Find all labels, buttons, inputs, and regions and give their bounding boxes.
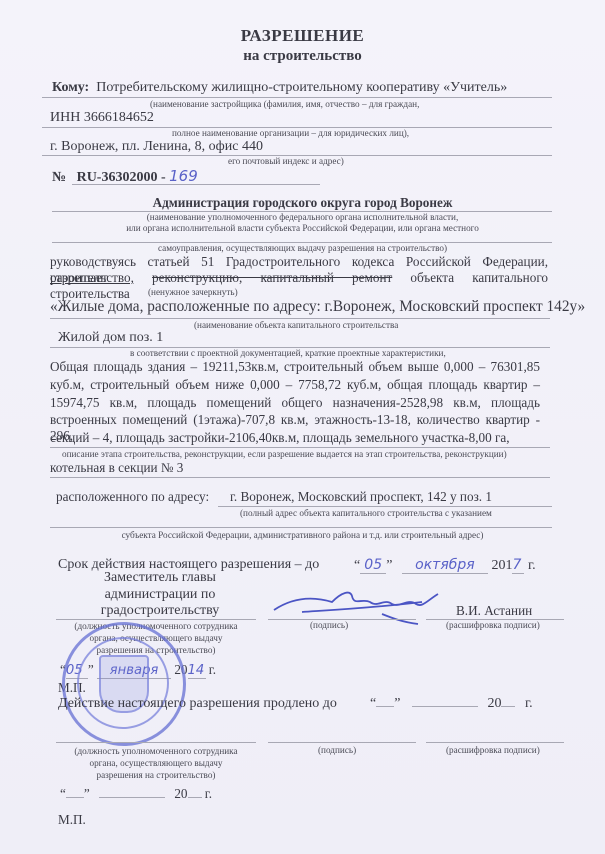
permit-number-label: №	[52, 170, 66, 185]
extension-sign-date: “” 20 г.	[60, 786, 212, 802]
recipient-inn-caption: полное наименование организации – для юр…	[172, 128, 409, 138]
extension-year-end: г.	[525, 696, 533, 711]
spec-line-1: Общая площадь здания – 19211,53кв.м, стр…	[50, 359, 540, 375]
location-label: расположенного по адресу:	[56, 489, 209, 505]
building-name: Жилой дом поз. 1	[58, 330, 163, 346]
authority-name: Администрация городского округа город Во…	[0, 195, 605, 211]
divider	[426, 742, 564, 743]
building-caption: в соответствии с проектной документацией…	[130, 348, 446, 358]
extension-date-end: г.	[205, 786, 212, 801]
quote: “	[60, 786, 66, 801]
validity-date: “05” октября 2017 г.	[354, 557, 536, 574]
spec-line-3: 15974,75 кв.м, площадь помещений общего …	[50, 395, 540, 411]
quote: “	[370, 696, 376, 711]
signatory-date-end: г.	[209, 662, 216, 677]
spec-line-2: куб.м, строительный объем ниже 0,000 – 7…	[50, 377, 540, 393]
document-title: РАЗРЕШЕНИЕ	[0, 26, 605, 46]
extension-label: Действие настоящего разрешения продлено …	[58, 696, 337, 712]
divider	[56, 742, 256, 743]
signatory-position-line: администрации по	[100, 587, 220, 604]
caption-line: органа, осуществляющего выдачу	[56, 757, 256, 769]
validity-month: октября	[402, 557, 488, 574]
caption-line: (должность уполномоченного сотрудника	[56, 745, 256, 757]
object-name-caption: (наименование объекта капитального строи…	[194, 320, 398, 330]
recipient-address-caption: его почтовый индекс и адрес)	[228, 156, 344, 166]
quote: ”	[394, 696, 400, 711]
validity-year-end: г.	[528, 558, 536, 573]
divider	[72, 184, 320, 185]
basis-construction: строительство,	[50, 270, 134, 285]
stage-caption: описание этапа строительства, реконструк…	[62, 449, 507, 459]
validity-year-suffix: 7	[512, 557, 524, 574]
quote: ”	[84, 786, 90, 801]
divider	[218, 506, 552, 507]
location-address: г. Воронеж, Московский проспект, 142 у п…	[230, 489, 492, 505]
divider	[50, 318, 550, 319]
recipient-label: Кому:	[52, 80, 89, 95]
signatory-name: В.И. Астанин	[456, 603, 532, 619]
recipient-name-caption: (наименование застройщика (фамилия, имя,…	[150, 99, 419, 109]
authority-caption-2: или органа исполнительной власти субъект…	[0, 223, 605, 233]
divider	[42, 97, 552, 98]
divider	[268, 742, 416, 743]
signatory-date-year-suffix: 14	[188, 663, 206, 679]
signatory-position-line: градостроительству	[100, 603, 220, 620]
extension-name-caption: (расшифровка подписи)	[446, 745, 540, 755]
object-name: «Жилые дома, расположенные по адресу: г.…	[50, 298, 585, 316]
strike-caption: (ненужное зачеркнуть)	[148, 287, 238, 297]
recipient-address: г. Воронеж, пл. Ленина, 8, офис 440	[50, 139, 263, 155]
basis-struck-options: реконструкцию, капитальный ремонт	[152, 270, 392, 285]
extension-position-caption: (должность уполномоченного сотрудника ор…	[56, 745, 256, 781]
permit-document: РАЗРЕШЕНИЕ на строительство Кому: Потреб…	[0, 0, 605, 854]
permit-number-handwritten: 169	[169, 167, 198, 185]
caption-line: разрешения на строительство)	[56, 769, 256, 781]
validity-day: 05	[360, 557, 386, 574]
extension-year-prefix: 20	[487, 696, 501, 711]
divider	[50, 447, 550, 448]
extension-date-year-prefix: 20	[174, 786, 187, 801]
stage-description: котельная в секции № 3	[50, 460, 183, 476]
recipient-line: Кому: Потребительскому жилищно-строитель…	[52, 80, 507, 96]
document-subtitle: на строительство	[0, 48, 605, 65]
location-caption-1: (полный адрес объекта капитального строи…	[240, 508, 492, 518]
divider	[50, 527, 552, 528]
signature-icon	[272, 588, 452, 628]
spec-line-5: секций – 4, площадь застройки-2106,40кв.…	[50, 430, 510, 446]
authority-caption-3: самоуправления, осуществляющих выдачу ра…	[0, 243, 605, 253]
divider	[50, 477, 550, 478]
recipient-name: Потребительскому жилищно-строительному к…	[96, 80, 507, 95]
extension-date: “” 20 г.	[370, 696, 533, 712]
signatory-position: Заместитель главы администрации по градо…	[100, 570, 220, 620]
recipient-inn: ИНН 3666184652	[50, 110, 154, 126]
name-caption: (расшифровка подписи)	[446, 620, 540, 630]
authority-caption-1: (наименование уполномоченного федерально…	[0, 212, 605, 222]
signature-caption: (подпись)	[310, 620, 348, 630]
extension-signature-caption: (подпись)	[318, 745, 356, 755]
location-caption-2: субъекта Российской Федерации, администр…	[0, 530, 605, 540]
extension-seal-label: М.П.	[58, 812, 86, 828]
validity-year-prefix: 201	[491, 558, 512, 573]
permit-number-prefix: RU-36302000 -	[77, 170, 166, 185]
official-seal-icon	[62, 622, 186, 746]
signatory-position-line: Заместитель главы	[100, 570, 220, 587]
